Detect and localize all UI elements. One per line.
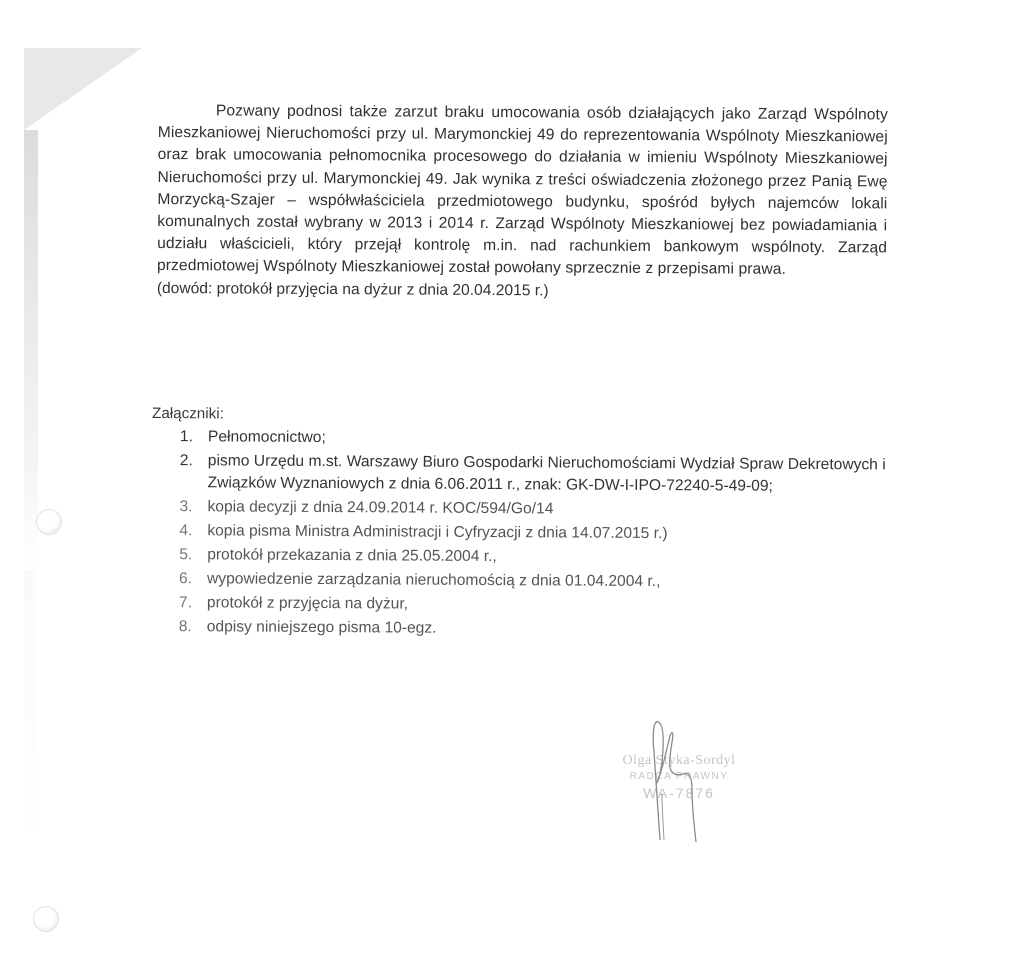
attachment-number: 1. [180, 426, 202, 449]
attachment-number: 4. [179, 520, 201, 543]
attachment-text: kopia decyzji z dnia 24.09.2014 r. KOC/5… [207, 499, 553, 518]
page-fold-corner [24, 48, 142, 130]
attachment-number: 2. [180, 450, 202, 473]
main-paragraph: Pozwany podnosi także zarzut braku umoco… [157, 100, 888, 282]
attachment-number: 8. [179, 616, 201, 639]
attachment-text: protokół z przyjęcia na dyżur, [207, 595, 408, 613]
handwritten-signature [592, 712, 772, 852]
scan-edge-shadow-faint [24, 570, 36, 850]
evidence-note: (dowód: protokół przyjęcia na dyżur z dn… [157, 278, 887, 305]
attachment-number: 7. [179, 592, 201, 615]
punch-hole [33, 906, 59, 932]
attachment-text: protokół przekazania z dnia 25.05.2004 r… [207, 547, 497, 566]
attachment-item: 2. pismo Urzędu m.st. Warszawy Biuro Gos… [156, 450, 886, 499]
attachment-text: wypowiedzenie zarządzania nieruchomością… [207, 571, 660, 591]
attachment-item: 7. protokół z przyjęcia na dyżur, [155, 592, 885, 619]
scanned-page: Pozwany podnosi także zarzut braku umoco… [0, 0, 1024, 966]
attachment-item: 5. protokół przekazania z dnia 25.05.200… [155, 544, 885, 571]
attachment-item: 6. wypowiedzenie zarządzania nieruchomoś… [155, 568, 885, 595]
attachment-number: 5. [179, 544, 201, 567]
document-body: Pozwany podnosi także zarzut braku umoco… [155, 100, 888, 645]
attachment-text: pismo Urzędu m.st. Warszawy Biuro Gospod… [208, 452, 886, 495]
attachment-number: 3. [179, 496, 201, 519]
attachment-text: kopia pisma Ministra Administracji i Cyf… [207, 523, 667, 543]
attachment-text: odpisy niniejszego pisma 10-egz. [207, 619, 437, 637]
attachment-item: 4. kopia pisma Ministra Administracji i … [155, 520, 885, 547]
attachments-list: 1. Pełnomocnictwo; 2. pismo Urzędu m.st.… [155, 426, 886, 643]
attachment-number: 6. [179, 568, 201, 591]
attachment-item: 1. Pełnomocnictwo; [156, 426, 886, 453]
attachment-item: 3. kopia decyzji z dnia 24.09.2014 r. KO… [155, 496, 885, 523]
punch-hole [36, 509, 62, 535]
attachment-text: Pełnomocnictwo; [208, 428, 326, 446]
scan-edge-shadow [24, 130, 38, 570]
attachment-item: 8. odpisy niniejszego pisma 10-egz. [155, 616, 885, 643]
